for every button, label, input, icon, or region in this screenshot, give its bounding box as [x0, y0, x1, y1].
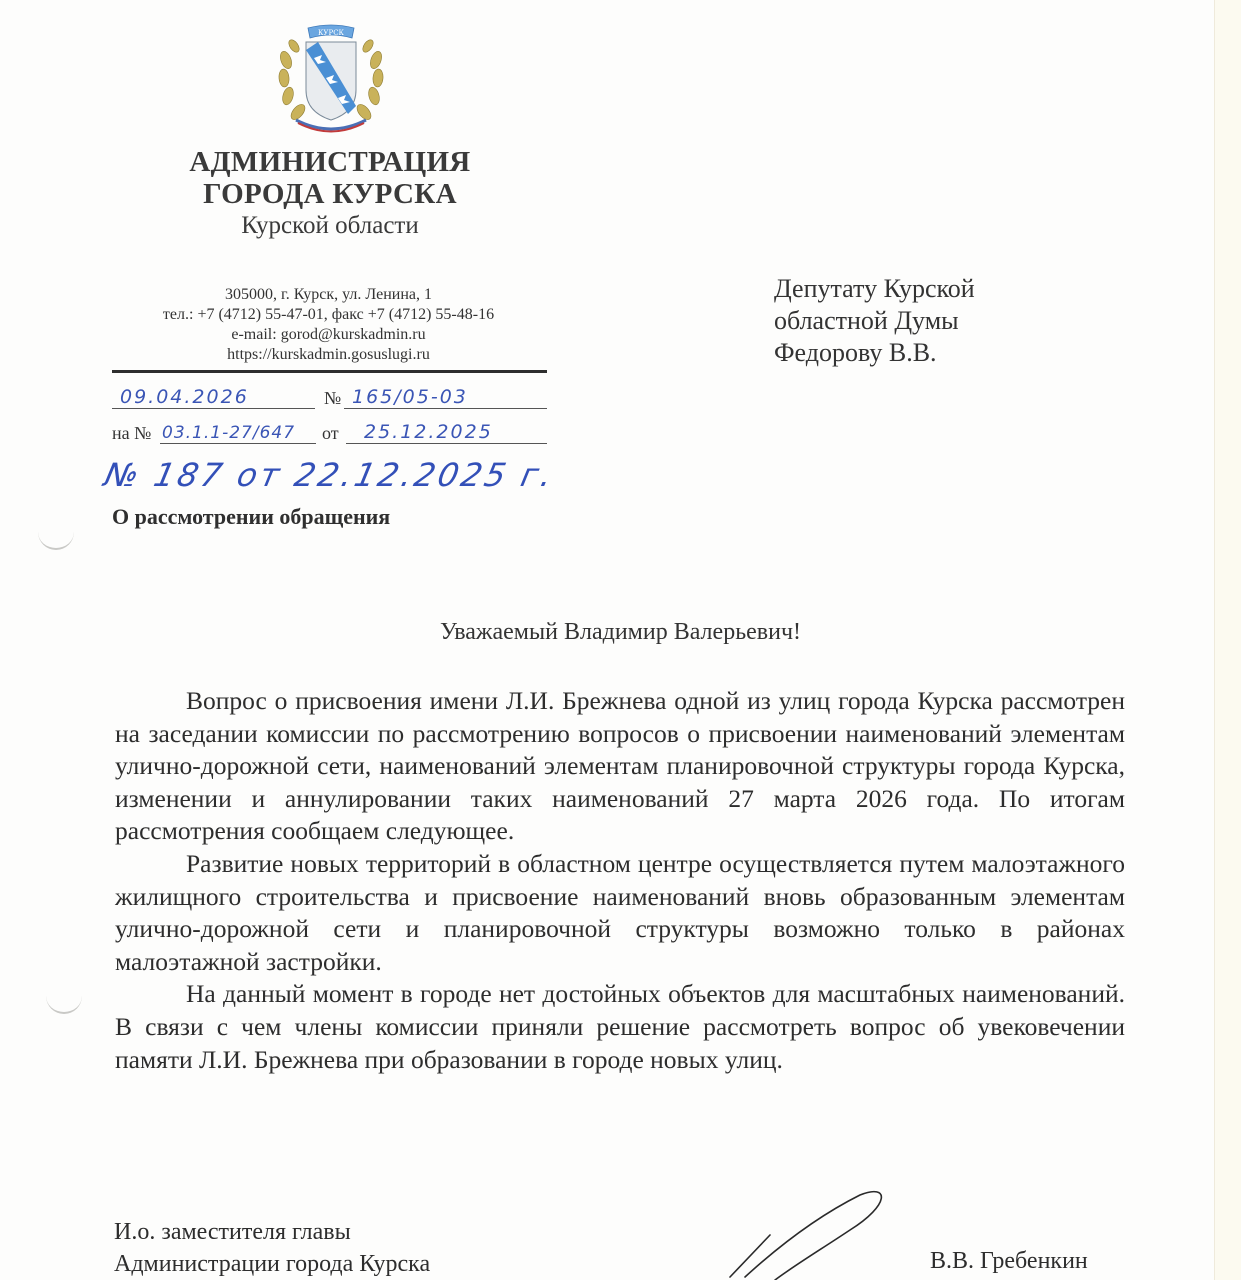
svg-text:КУРСК: КУРСК — [318, 29, 345, 37]
letterhead-divider — [112, 370, 547, 373]
signatory-name: В.В. Гребенкин — [930, 1248, 1088, 1275]
number-label: № — [324, 388, 341, 409]
reply-to-number: 03.1.1-27/647 — [162, 423, 295, 443]
org-region: Курской области — [130, 212, 530, 240]
address: 305000, г. Курск, ул. Ленина, 1 — [110, 285, 547, 305]
org-name-line1: АДМИНИСТРАЦИЯ — [130, 146, 530, 179]
from-label: от — [322, 423, 339, 444]
outgoing-number: 165/05-03 — [352, 386, 468, 408]
body-paragraph-1: Вопрос о присвоения имени Л.И. Брежнева … — [115, 685, 1125, 848]
reply-to-date: 25.12.2025 — [364, 421, 493, 443]
position-line2: Администрации города Курска — [114, 1248, 430, 1280]
outgoing-date: 09.04.2026 — [120, 386, 249, 408]
outgoing-number-field: 165/05-03 — [344, 384, 547, 409]
handwritten-signature-icon — [700, 1185, 900, 1280]
punch-hole-bottom — [46, 994, 82, 1014]
signatory-position: И.о. заместителя главы Администрации гор… — [114, 1216, 430, 1280]
outgoing-date-field: 09.04.2026 — [112, 384, 315, 409]
addressee-line1: Депутату Курской — [774, 273, 975, 305]
punch-hole-top — [38, 530, 74, 550]
position-line1: И.о. заместителя главы — [114, 1216, 430, 1248]
reply-to-date-field: 25.12.2025 — [346, 419, 547, 444]
salutation: Уважаемый Владимир Валерьевич! — [0, 619, 1241, 646]
addressee-block: Депутату Курской областной Думы Федорову… — [774, 273, 975, 369]
letter-body: Вопрос о присвоения имени Л.И. Брежнева … — [115, 685, 1125, 1076]
contact-block: 305000, г. Курск, ул. Ленина, 1 тел.: +7… — [110, 285, 547, 365]
addressee-line3: Федорову В.В. — [774, 337, 975, 369]
phone-fax: тел.: +7 (4712) 55-47-01, факс +7 (4712)… — [110, 305, 547, 325]
reply-to-label: на № — [112, 423, 151, 444]
letter-subject: О рассмотрении обращения — [112, 504, 390, 530]
city-crest-icon: КУРСК — [276, 20, 386, 135]
addressee-line2: областной Думы — [774, 305, 975, 337]
reply-to-number-field: 03.1.1-27/647 — [160, 419, 316, 444]
handwritten-reference-note: № 187 от 22.12.2025 г. — [101, 456, 559, 494]
website: https://kurskadmin.gosuslugi.ru — [110, 345, 547, 365]
org-name-line2: ГОРОДА КУРСКА — [130, 178, 530, 211]
body-paragraph-2: Развитие новых территорий в областном це… — [115, 848, 1125, 978]
body-paragraph-3: На данный момент в городе нет достойных … — [115, 978, 1125, 1076]
email: e-mail: gorod@kurskadmin.ru — [110, 325, 547, 345]
